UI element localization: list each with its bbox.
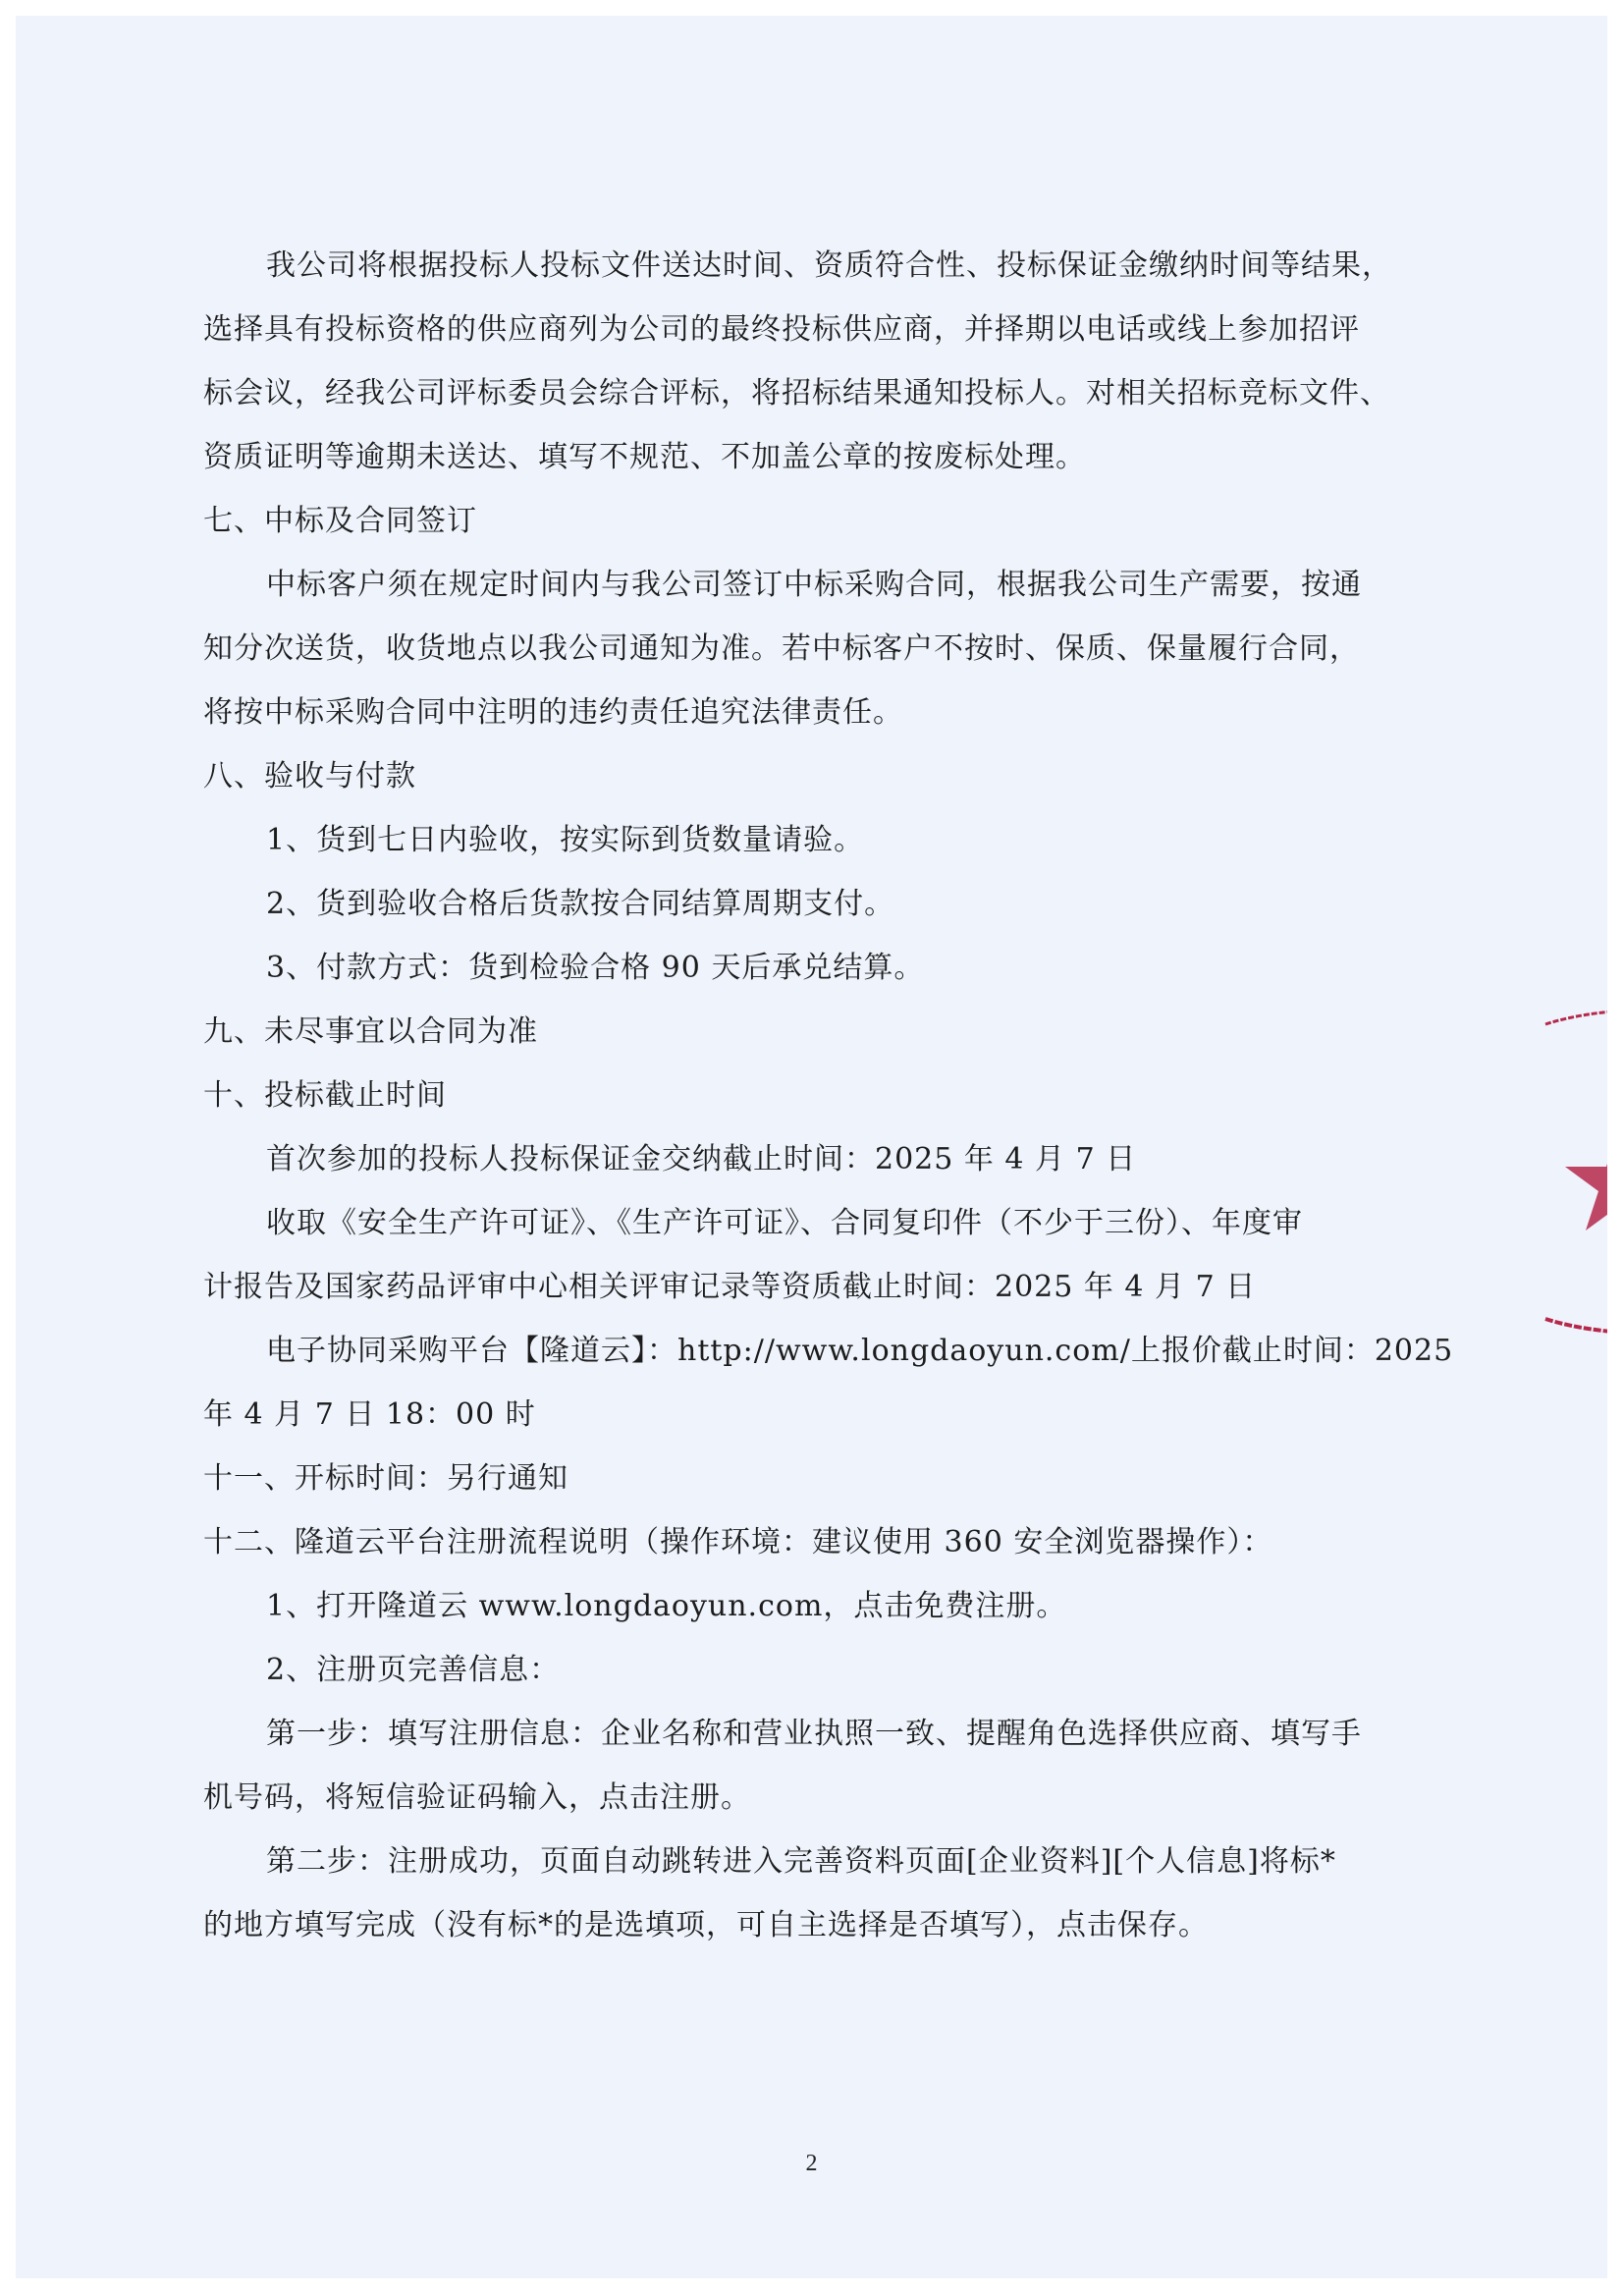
- paragraph-line: 年 4 月 7 日 18：00 时: [203, 1383, 1440, 1447]
- list-item: 2、货到验收合格后货款按合同结算周期支付。: [203, 872, 1440, 936]
- section-heading-8: 八、验收与付款: [203, 744, 1440, 808]
- paragraph-line: 计报告及国家药品评审中心相关评审记录等资质截止时间：2025 年 4 月 7 日: [203, 1255, 1440, 1319]
- page-number: 2: [16, 2151, 1607, 2177]
- paragraph-line: 收取《安全生产许可证》、《生产许可证》、合同复印件（不少于三份）、年度审: [203, 1191, 1440, 1255]
- section-heading-7: 七、中标及合同签订: [203, 489, 1440, 553]
- company-seal-stamp: [1526, 990, 1607, 1343]
- section-heading-9: 九、未尽事宜以合同为准: [203, 1000, 1440, 1064]
- list-item: 2、注册页完善信息：: [203, 1638, 1440, 1702]
- paragraph-line: 将按中标采购合同中注明的违约责任追究法律责任。: [203, 681, 1440, 744]
- paragraph-line: 我公司将根据投标人投标文件送达时间、资质符合性、投标保证金缴纳时间等结果，: [203, 234, 1440, 298]
- list-item: 3、付款方式：货到检验合格 90 天后承兑结算。: [203, 936, 1440, 1000]
- paragraph-line: 资质证明等逾期未送达、填写不规范、不加盖公章的按废标处理。: [203, 425, 1440, 489]
- section-heading-10: 十、投标截止时间: [203, 1064, 1440, 1127]
- section-heading-12: 十二、隆道云平台注册流程说明（操作环境：建议使用 360 安全浏览器操作）：: [203, 1510, 1440, 1574]
- paragraph-line: 第一步：填写注册信息：企业名称和营业执照一致、提醒角色选择供应商、填写手: [203, 1702, 1440, 1766]
- paragraph-line: 知分次送货，收货地点以我公司通知为准。若中标客户不按时、保质、保量履行合同，: [203, 617, 1440, 681]
- list-item: 1、货到七日内验收，按实际到货数量请验。: [203, 808, 1440, 872]
- paragraph-line: 标会议，经我公司评标委员会综合评标，将招标结果通知投标人。对相关招标竞标文件、: [203, 361, 1440, 425]
- paragraph-line: 机号码，将短信验证码输入，点击注册。: [203, 1766, 1440, 1830]
- paragraph-line: 首次参加的投标人投标保证金交纳截止时间：2025 年 4 月 7 日: [203, 1127, 1440, 1191]
- paragraph-line: 中标客户须在规定时间内与我公司签订中标采购合同，根据我公司生产需要，按通: [203, 553, 1440, 617]
- section-heading-11: 十一、开标时间：另行通知: [203, 1447, 1440, 1510]
- paragraph-line: 的地方填写完成（没有标*的是选填项，可自主选择是否填写），点击保存。: [203, 1893, 1440, 1957]
- document-page: 我公司将根据投标人投标文件送达时间、资质符合性、投标保证金缴纳时间等结果， 选择…: [16, 16, 1607, 2278]
- list-item: 1、打开隆道云 www.longdaoyun.com，点击免费注册。: [203, 1574, 1440, 1638]
- paragraph-line: 选择具有投标资格的供应商列为公司的最终投标供应商，并择期以电话或线上参加招评: [203, 298, 1440, 361]
- paragraph-line: 第二步：注册成功，页面自动跳转进入完善资料页面[企业资料][个人信息]将标*: [203, 1830, 1440, 1893]
- paragraph-line: 电子协同采购平台【隆道云】：http://www.longdaoyun.com/…: [203, 1319, 1440, 1383]
- seal-icon: [1526, 990, 1607, 1343]
- document-body: 我公司将根据投标人投标文件送达时间、资质符合性、投标保证金缴纳时间等结果， 选择…: [203, 234, 1440, 1957]
